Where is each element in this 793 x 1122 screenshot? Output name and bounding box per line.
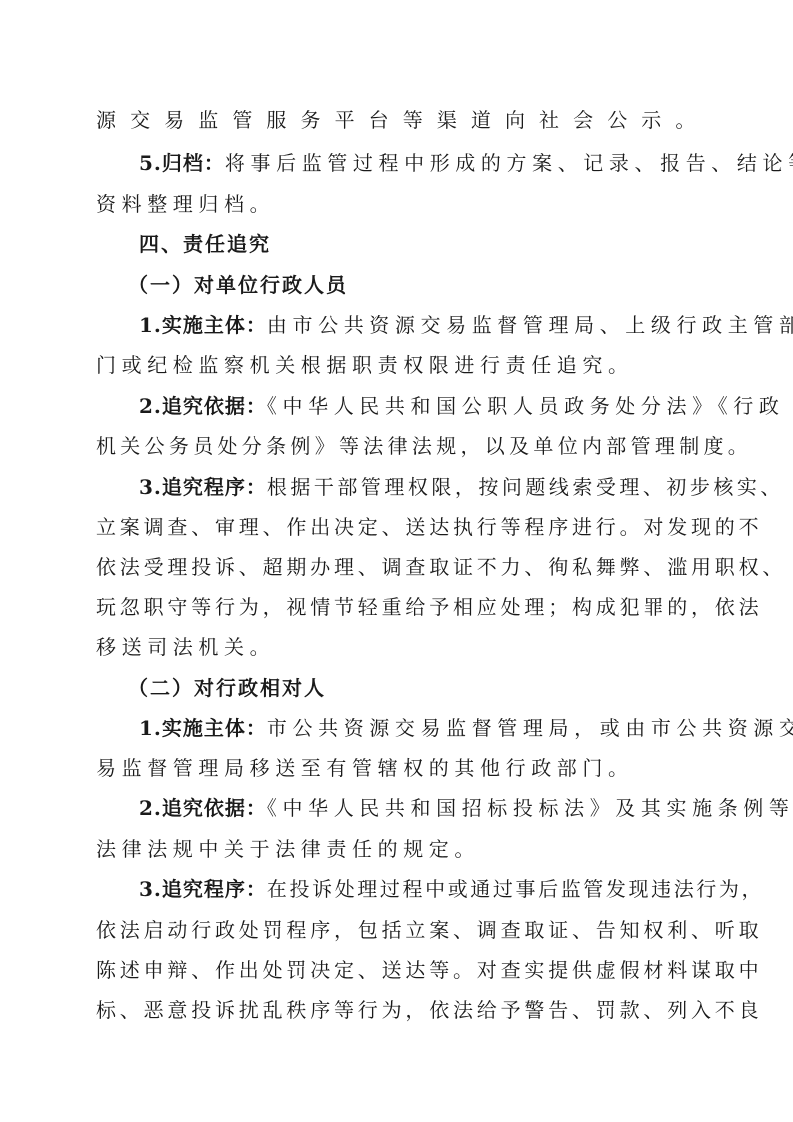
item-label: 1.实施主体：	[139, 716, 267, 740]
body-text: 法律法规中关于法律责任的规定。	[96, 837, 480, 861]
paragraph-line: 源交易监管服务平台等渠道向社会公示。	[96, 100, 701, 140]
section-heading: 四、责任追究	[139, 224, 701, 264]
body-text: 机关公务员处分条例》等法律法规，以及单位内部管理制度。	[96, 434, 752, 458]
paragraph-line: 移送司法机关。	[96, 627, 701, 667]
item-label: 1.实施主体：	[139, 313, 267, 337]
body-text: 资料整理归档。	[96, 192, 275, 216]
item-label: 3.追究程序：	[139, 877, 267, 901]
item-label: 2.追究依据：	[139, 394, 267, 418]
body-text: 市公共资源交易监督管理局，或由市公共资源交	[267, 716, 793, 740]
document-page: 源交易监管服务平台等渠道向社会公示。 5.归档：将事后监管过程中形成的方案、记录…	[0, 0, 793, 1122]
paragraph-line: 玩忽职守等行为，视情节轻重给予相应处理；构成犯罪的，依法	[96, 587, 701, 627]
body-text: 在投诉处理过程中或通过事后监管发现违法行为，	[267, 877, 764, 901]
paragraph-line: 陈述申辩、作出处罚决定、送达等。对查实提供虚假材料谋取中	[96, 950, 701, 990]
subsection-heading-text: （一）对单位行政人员	[128, 273, 348, 297]
body-text: 易监督管理局移送至有管辖权的其他行政部门。	[96, 756, 634, 780]
paragraph-subject-2: 1.实施主体：市公共资源交易监督管理局，或由市公共资源交	[139, 708, 701, 748]
paragraph-procedure-1: 3.追究程序：根据干部管理权限，按问题线索受理、初步核实、	[139, 467, 701, 507]
section-heading-text: 四、责任追究	[139, 232, 271, 256]
body-text: 门或纪检监察机关根据职责权限进行责任追究。	[96, 353, 634, 377]
body-text: 标、恶意投诉扰乱秩序等行为，依法给予警告、罚款、列入不良	[96, 998, 762, 1022]
paragraph-archive: 5.归档：将事后监管过程中形成的方案、记录、报告、结论等	[139, 143, 701, 183]
subsection-heading-1: （一）对单位行政人员	[128, 265, 733, 305]
subsection-heading-text: （二）对行政相对人	[128, 676, 326, 700]
paragraph-line: 法律法规中关于法律责任的规定。	[96, 829, 701, 869]
paragraph-line: 标、恶意投诉扰乱秩序等行为，依法给予警告、罚款、列入不良	[96, 990, 701, 1030]
paragraph-line: 立案调查、审理、作出决定、送达执行等程序进行。对发现的不	[96, 507, 701, 547]
paragraph-basis-2: 2.追究依据：《中华人民共和国招标投标法》及其实施条例等	[139, 788, 701, 828]
paragraph-line: 机关公务员处分条例》等法律法规，以及单位内部管理制度。	[96, 426, 701, 466]
paragraph-subject-1: 1.实施主体：由市公共资源交易监督管理局、上级行政主管部	[139, 305, 701, 345]
paragraph-line: 依法受理投诉、超期办理、调查取证不力、徇私舞弊、滥用职权、	[96, 547, 701, 587]
body-text: 陈述申辩、作出处罚决定、送达等。对查实提供虚假材料谋取中	[96, 958, 762, 982]
body-text: 立案调查、审理、作出决定、送达执行等程序进行。对发现的不	[96, 515, 762, 539]
subsection-heading-2: （二）对行政相对人	[128, 668, 733, 708]
paragraph-line: 门或纪检监察机关根据职责权限进行责任追究。	[96, 345, 701, 385]
paragraph-procedure-2: 3.追究程序：在投诉处理过程中或通过事后监管发现违法行为，	[139, 869, 701, 909]
item-label: 5.归档：	[139, 151, 225, 175]
paragraph-line: 易监督管理局移送至有管辖权的其他行政部门。	[96, 748, 701, 788]
paragraph-line: 资料整理归档。	[96, 184, 701, 224]
body-text: 由市公共资源交易监督管理局、上级行政主管部	[267, 313, 793, 337]
body-text: 依法启动行政处罚程序，包括立案、调查取证、告知权利、听取	[96, 918, 762, 942]
paragraph-basis-1: 2.追究依据：《中华人民共和国公职人员政务处分法》《行政	[139, 386, 701, 426]
body-text: 《中华人民共和国公职人员政务处分法》《行政	[267, 394, 785, 418]
item-label: 3.追究程序：	[139, 475, 267, 499]
body-text: 玩忽职守等行为，视情节轻重给予相应处理；构成犯罪的，依法	[96, 595, 762, 619]
body-text: 将事后监管过程中形成的方案、记录、报告、结论等	[225, 151, 793, 175]
body-text: 《中华人民共和国招标投标法》及其实施条例等	[267, 796, 793, 820]
body-text: 移送司法机关。	[96, 635, 275, 659]
body-text: 根据干部管理权限，按问题线索受理、初步核实、	[267, 475, 784, 499]
paragraph-line: 依法启动行政处罚程序，包括立案、调查取证、告知权利、听取	[96, 910, 701, 950]
body-text: 源交易监管服务平台等渠道向社会公示。	[96, 108, 701, 132]
body-text: 依法受理投诉、超期办理、调查取证不力、徇私舞弊、滥用职权、	[96, 555, 786, 579]
item-label: 2.追究依据：	[139, 796, 267, 820]
